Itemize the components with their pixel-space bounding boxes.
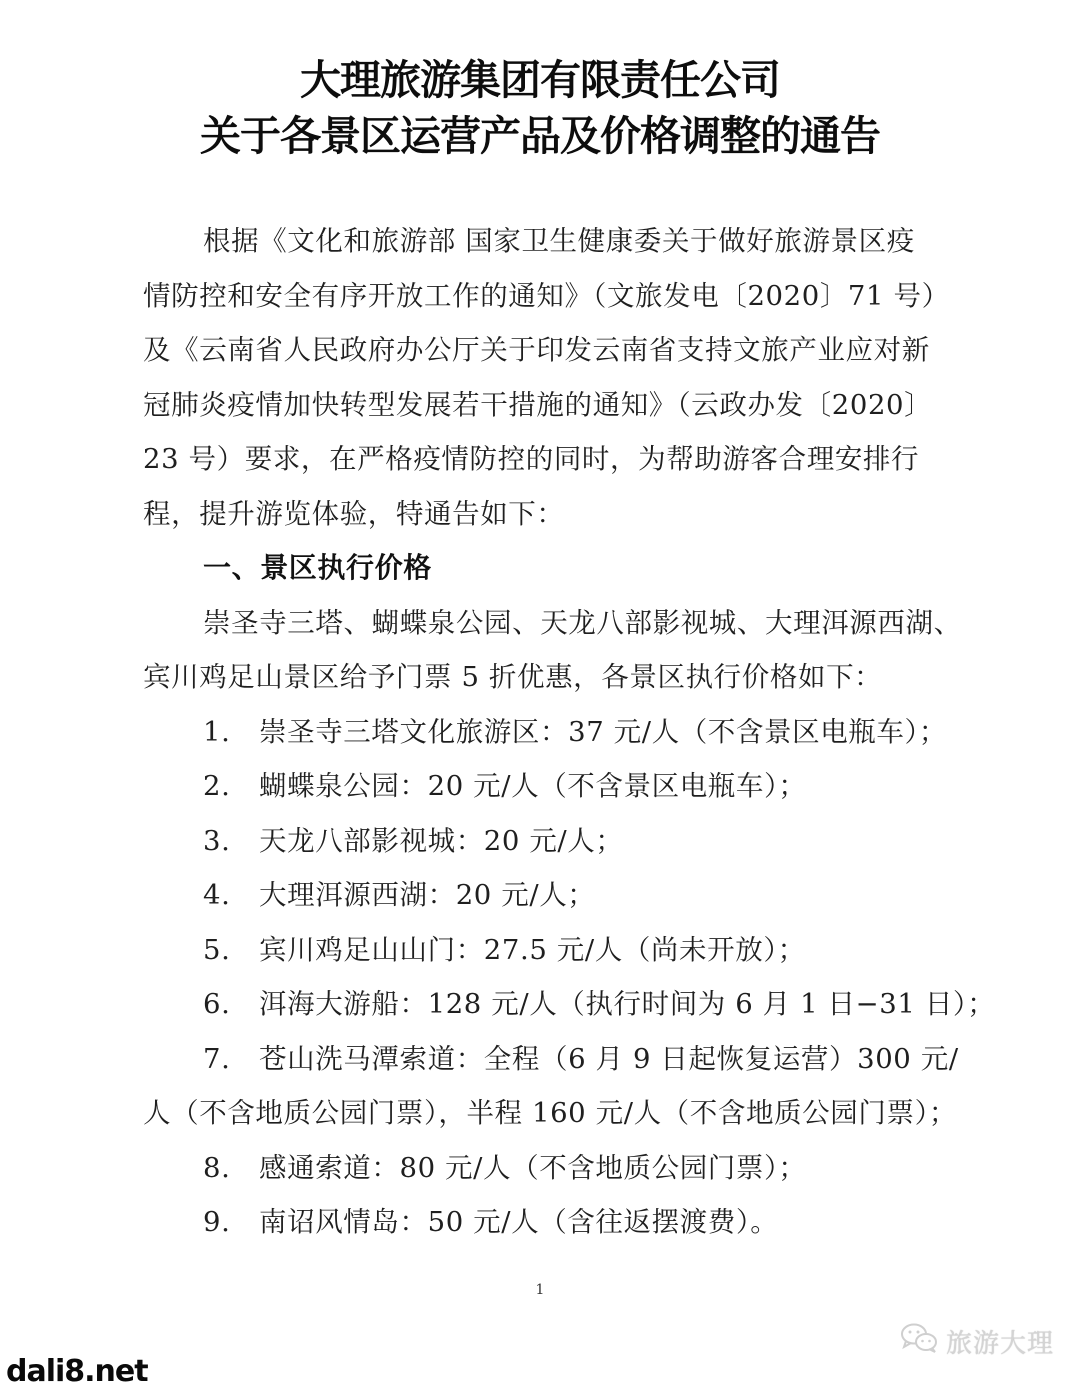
- item-text: 蝴蝶泉公园：20 元/人（不含景区电瓶车）；: [259, 770, 806, 802]
- price-item-2: 2.蝴蝶泉公园：20 元/人（不含景区电瓶车）；: [143, 759, 951, 814]
- item-number: 3.: [203, 814, 259, 869]
- price-item-1: 1.崇圣寺三塔文化旅游区：37 元/人（不含景区电瓶车）；: [143, 705, 951, 760]
- price-item-7-continuation: 人（不含地质公园门票），半程 160 元/人（不含地质公园门票）；: [143, 1086, 951, 1141]
- site-watermark: dali8.net: [6, 1354, 148, 1389]
- item-number: 4.: [203, 868, 259, 923]
- intro-line: 23 号）要求，在严格疫情防控的同时，为帮助游客合理安排行: [143, 432, 951, 487]
- item-number: 9.: [203, 1195, 259, 1250]
- item-text: 崇圣寺三塔文化旅游区：37 元/人（不含景区电瓶车）；: [259, 716, 947, 748]
- item-text: 天龙八部影视城：20 元/人；: [259, 825, 624, 857]
- item-text: 大理洱源西湖：20 元/人；: [259, 879, 595, 911]
- item-number: 5.: [203, 923, 259, 978]
- section-heading: 一、景区执行价格: [143, 541, 951, 596]
- item-number: 6.: [203, 977, 259, 1032]
- title-line-company: 大理旅游集团有限责任公司: [0, 52, 1080, 108]
- intro-line: 及《云南省人民政府办公厅关于印发云南省支持文旅产业应对新: [143, 323, 951, 378]
- price-item-5: 5.宾川鸡足山山门：27.5 元/人（尚未开放）；: [143, 923, 951, 978]
- item-number: 8.: [203, 1141, 259, 1196]
- price-item-8: 8.感通索道：80 元/人（不含地质公园门票）；: [143, 1141, 951, 1196]
- item-number: 7.: [203, 1032, 259, 1087]
- item-number: 2.: [203, 759, 259, 814]
- page-number: 1: [0, 1282, 1080, 1298]
- section-intro-line: 崇圣寺三塔、蝴蝶泉公园、天龙八部影视城、大理洱源西湖、: [143, 596, 951, 651]
- wechat-watermark: 旅游大理: [900, 1322, 1054, 1361]
- price-item-9: 9.南诏风情岛：50 元/人（含往返摆渡费）。: [143, 1195, 951, 1250]
- intro-line: 冠肺炎疫情加快转型发展若干措施的通知》（云政办发〔2020〕: [143, 378, 951, 433]
- item-text: 南诏风情岛：50 元/人（含往返摆渡费）。: [259, 1206, 778, 1238]
- section-intro-line: 宾川鸡足山景区给予门票 5 折优惠，各景区执行价格如下：: [143, 650, 951, 705]
- intro-line: 情防控和安全有序开放工作的通知》（文旅发电〔2020〕71 号）: [143, 269, 951, 324]
- document-title: 大理旅游集团有限责任公司 关于各景区运营产品及价格调整的通告: [0, 52, 1080, 164]
- price-item-7: 7.苍山洗马潭索道：全程（6 月 9 日起恢复运营）300 元/: [143, 1032, 951, 1087]
- price-item-3: 3.天龙八部影视城：20 元/人；: [143, 814, 951, 869]
- item-text: 宾川鸡足山山门：27.5 元/人（尚未开放）；: [259, 934, 806, 966]
- item-text: 苍山洗马潭索道：全程（6 月 9 日起恢复运营）300 元/: [259, 1043, 959, 1075]
- intro-line: 程，提升游览体验，特通告如下：: [143, 487, 951, 542]
- wechat-account-name: 旅游大理: [946, 1323, 1054, 1360]
- wechat-icon: [900, 1322, 946, 1361]
- item-text: 洱海大游船：128 元/人（执行时间为 6 月 1 日−31 日）；: [259, 988, 995, 1020]
- price-item-4: 4.大理洱源西湖：20 元/人；: [143, 868, 951, 923]
- intro-line: 根据《文化和旅游部 国家卫生健康委关于做好旅游景区疫: [143, 214, 951, 269]
- document-body: 根据《文化和旅游部 国家卫生健康委关于做好旅游景区疫 情防控和安全有序开放工作的…: [143, 214, 951, 1250]
- item-number: 1.: [203, 705, 259, 760]
- price-item-6: 6.洱海大游船：128 元/人（执行时间为 6 月 1 日−31 日）；: [143, 977, 951, 1032]
- title-line-subject: 关于各景区运营产品及价格调整的通告: [0, 108, 1080, 164]
- item-text: 感通索道：80 元/人（不含地质公园门票）；: [259, 1152, 806, 1184]
